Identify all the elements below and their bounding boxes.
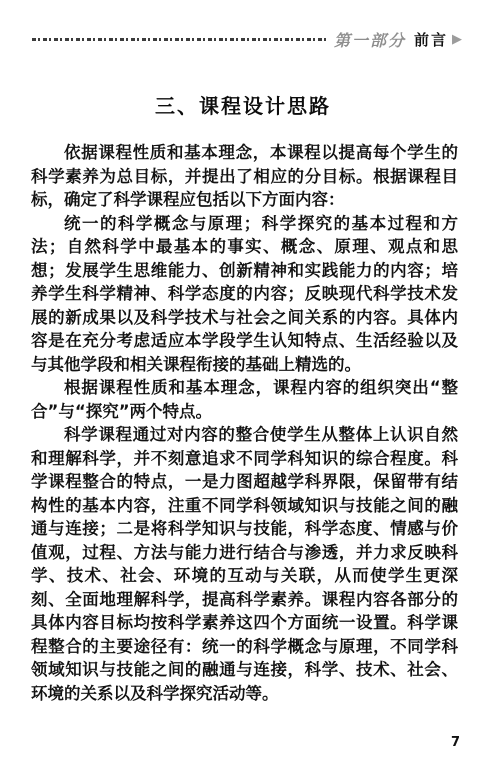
paragraph-2: 统一的科学概念与原理；科学探究的基本过程和方法；自然科学中最基本的事实、概念、原… xyxy=(31,212,458,377)
arrow-right-icon: ▶ xyxy=(452,33,462,46)
page-number: 7 xyxy=(451,735,460,750)
page-title: 三、课程设计思路 xyxy=(0,90,486,119)
header-chapter-label: 前言 xyxy=(414,29,448,50)
header-section-label: 第一部分 xyxy=(334,28,406,51)
paragraph-4: 科学课程通过对内容的整合使学生从整体上认识自然和理解科学，并不刻意追求不同学科知… xyxy=(31,423,458,705)
document-page: 第一部分 前言 ▶ 三、课程设计思路 依据课程性质和基本理念，本课程以提高每个学… xyxy=(0,0,486,777)
paragraph-1: 依据课程性质和基本理念，本课程以提高每个学生的科学素养为总目标，并提出了相应的分… xyxy=(31,141,458,212)
body-text: 依据课程性质和基本理念，本课程以提高每个学生的科学素养为总目标，并提出了相应的分… xyxy=(31,141,458,705)
paragraph-3: 根据课程性质和基本理念，课程内容的组织突出“整合”与“探究”两个特点。 xyxy=(31,376,458,423)
header-dash-dot-rule xyxy=(32,38,326,41)
page-header: 第一部分 前言 ▶ xyxy=(32,28,462,50)
